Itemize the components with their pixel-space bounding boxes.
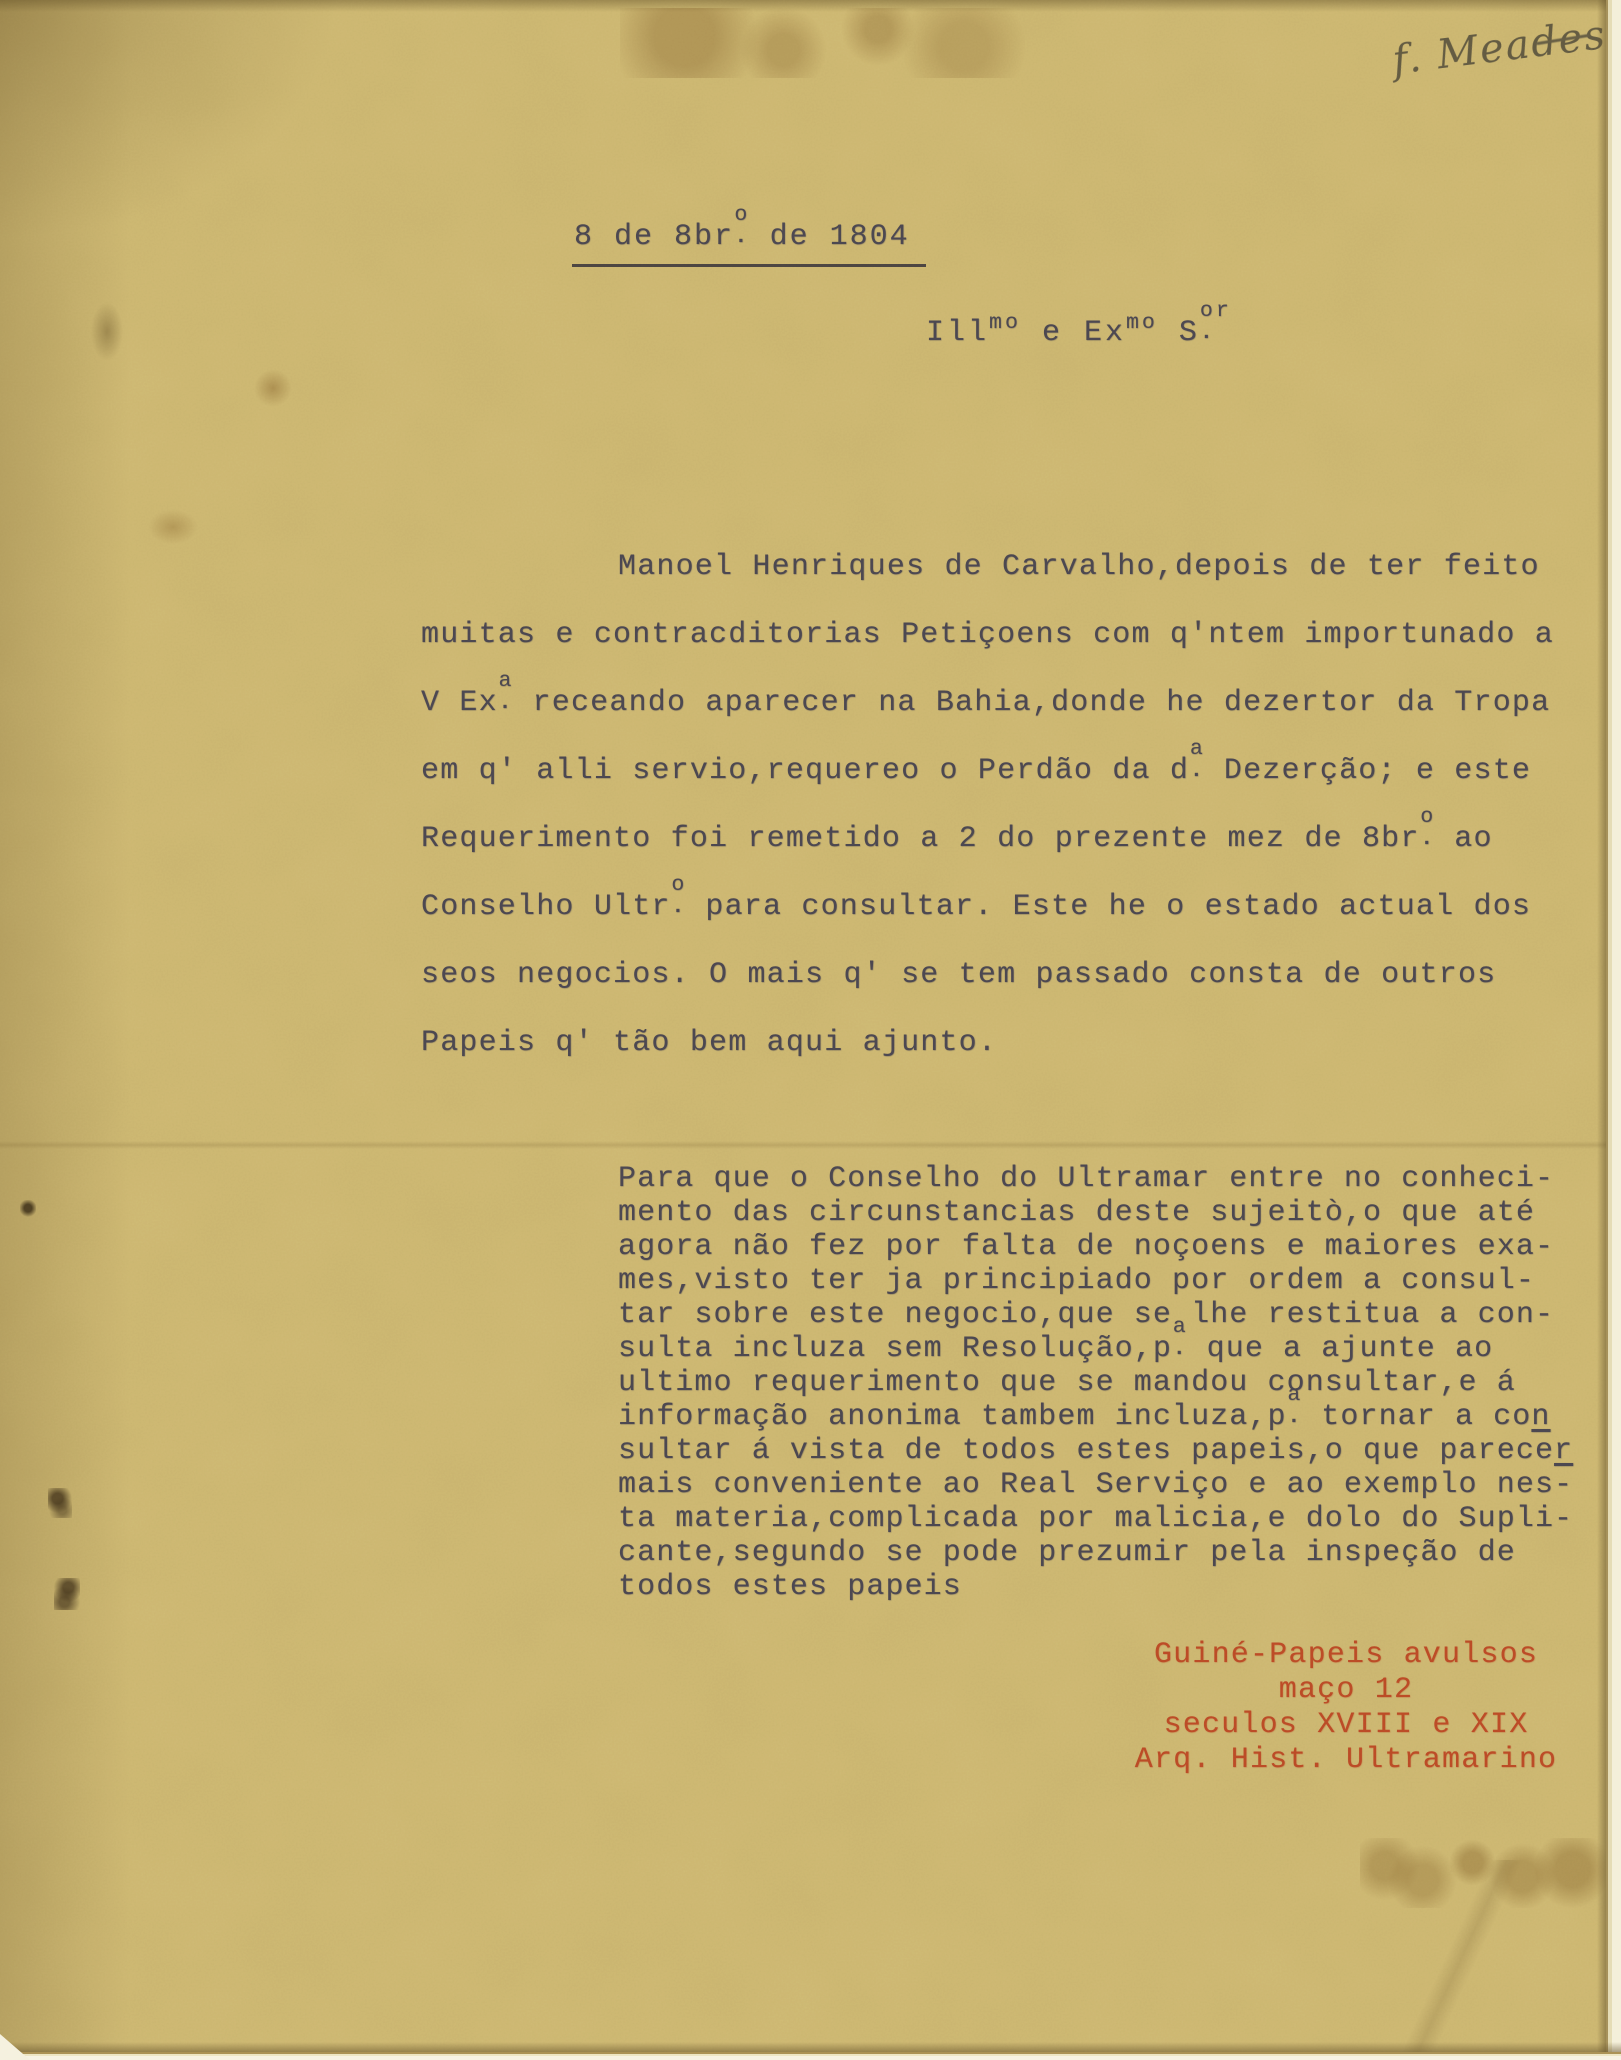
text-line: informação anonima tambem incluza,pa. to… bbox=[618, 1400, 1621, 1434]
body-paragraph-2: Para que o Conselho do Ultramar entre no… bbox=[618, 1162, 1621, 1604]
text-line: mes,visto ter ja principiado por ordem a… bbox=[618, 1264, 1621, 1298]
date-text: 8 de 8bro. de 1804 bbox=[572, 220, 926, 267]
letter-page: f. Meades 8 de 8bro. de 1804 Illmo e Exm… bbox=[0, 0, 1621, 2060]
superscript-abbrev: mo bbox=[1126, 311, 1158, 335]
paper-bottom-edge bbox=[0, 2042, 1621, 2052]
stain-band bbox=[1360, 1838, 1610, 1908]
scan-background-bottom bbox=[0, 2052, 1621, 2060]
ink-speck bbox=[48, 1488, 72, 1518]
text-segment: Conselho Ultr bbox=[421, 890, 671, 924]
text-line: ultimo requerimento que se mandou consul… bbox=[618, 1366, 1621, 1400]
text-line: mais conveniente ao Real Serviço e ao ex… bbox=[618, 1468, 1621, 1502]
fold-crease bbox=[0, 1141, 1621, 1149]
stain-freckles bbox=[620, 8, 1050, 78]
text-line: agora não fez por falta de noçoens e mai… bbox=[618, 1230, 1621, 1264]
text-segment: sultar á vista de todos estes papeis,o q… bbox=[618, 1434, 1554, 1468]
text-line: Guiné-Papeis avulsos bbox=[1088, 1638, 1604, 1673]
left-edge-shading bbox=[0, 0, 130, 2060]
text-segment: S bbox=[1158, 316, 1200, 350]
text-segment: informação anonima tambem incluza,p bbox=[618, 1400, 1287, 1434]
text-segment: e Ex bbox=[1021, 316, 1126, 350]
text-segment: Ill bbox=[926, 316, 989, 350]
text-line: V Exa. receando aparecer na Bahia,donde … bbox=[421, 686, 1596, 721]
scan-background-right bbox=[1606, 0, 1621, 2060]
paper-hole-damage bbox=[78, 200, 130, 310]
superscript-abbrev: mo bbox=[989, 311, 1021, 335]
text-segment: para consultar. Este he o estado actual … bbox=[686, 890, 1531, 924]
text-line: em q' alli servio,requereo o Perdão da d… bbox=[421, 754, 1596, 789]
date-line: 8 de 8bro. de 1804 bbox=[452, 186, 926, 301]
text-line: Para que o Conselho do Ultramar entre no… bbox=[618, 1162, 1621, 1196]
text-line: muitas e contracditorias Petiçoens com q… bbox=[421, 618, 1596, 653]
text-segment: receando aparecer na Bahia,donde he deze… bbox=[513, 686, 1550, 720]
text-line: tar sobre este negocio,que se lhe restit… bbox=[618, 1298, 1621, 1332]
underlined-segment: r bbox=[1554, 1434, 1573, 1468]
text-segment: 8 de 8br bbox=[574, 220, 734, 254]
superscript-abbrev: o. bbox=[1420, 824, 1436, 846]
stain-spot bbox=[146, 508, 200, 546]
ink-speck bbox=[54, 1578, 80, 1610]
archive-reference-stamp: Guiné-Papeis avulsosmaço 12seculos XVIII… bbox=[1088, 1638, 1604, 1778]
text-segment: em q' alli servio,requereo o Perdão da d bbox=[421, 754, 1189, 788]
text-line: sulta incluza sem Resolução,pa. que a aj… bbox=[618, 1332, 1621, 1366]
text-line: Requerimento foi remetido a 2 do prezent… bbox=[421, 822, 1596, 857]
text-line: cante,segundo se pode prezumir pela insp… bbox=[618, 1536, 1621, 1570]
text-line: Manoel Henriques de Carvalho,depois de t… bbox=[421, 550, 1596, 585]
ink-speck bbox=[20, 1200, 36, 1218]
superscript-abbrev: o. bbox=[671, 892, 687, 914]
text-line: maço 12 bbox=[1088, 1673, 1604, 1708]
text-segment: tornar a co bbox=[1302, 1400, 1531, 1434]
text-line: Papeis q' tão bem aqui ajunto. bbox=[421, 1026, 1596, 1061]
stain-spot bbox=[252, 368, 294, 408]
superscript-abbrev: or. bbox=[1200, 318, 1216, 340]
text-line: ta materia,complicada por malicia,e dolo… bbox=[618, 1502, 1621, 1536]
superscript-abbrev: a. bbox=[1172, 1334, 1188, 1356]
text-line: seos negocios. O mais q' se tem passado … bbox=[421, 958, 1596, 993]
text-line: mento das circunstancias deste sujeitò,o… bbox=[618, 1196, 1621, 1230]
text-segment: V Ex bbox=[421, 686, 498, 720]
text-segment: Requerimento foi remetido a 2 do prezent… bbox=[421, 822, 1420, 856]
underlined-segment: n bbox=[1531, 1400, 1550, 1434]
body-paragraph-1: Manoel Henriques de Carvalho,depois de t… bbox=[421, 550, 1596, 1094]
text-segment: ao bbox=[1435, 822, 1493, 856]
text-line: seculos XVIII e XIX bbox=[1088, 1708, 1604, 1743]
text-line: sultar á vista de todos estes papeis,o q… bbox=[618, 1434, 1621, 1468]
text-segment: sulta incluza sem Resolução,p bbox=[618, 1332, 1172, 1366]
top-edge-shading bbox=[0, 0, 1621, 12]
superscript-abbrev: o. bbox=[734, 222, 750, 244]
text-line: Arq. Hist. Ultramarino bbox=[1088, 1743, 1604, 1778]
text-segment: que a ajunte ao bbox=[1188, 1332, 1494, 1366]
superscript-abbrev: a. bbox=[498, 688, 514, 710]
text-segment: Dezerção; e este bbox=[1205, 754, 1531, 788]
corner-shading bbox=[0, 0, 340, 240]
handwritten-annotation: f. Meades bbox=[1390, 10, 1621, 84]
text-segment: de 1804 bbox=[750, 220, 910, 254]
superscript-abbrev: a. bbox=[1287, 1402, 1303, 1424]
corner-crease bbox=[1300, 1860, 1621, 2060]
salutation: Illmo e Exmo Sor. bbox=[926, 316, 1215, 350]
text-line: todos estes papeis bbox=[618, 1570, 1621, 1604]
corner-cut bbox=[0, 2034, 30, 2060]
text-line: Conselho Ultro. para consultar. Este he … bbox=[421, 890, 1596, 925]
paper-hole-smudge bbox=[84, 298, 130, 382]
superscript-abbrev: a. bbox=[1189, 756, 1205, 778]
